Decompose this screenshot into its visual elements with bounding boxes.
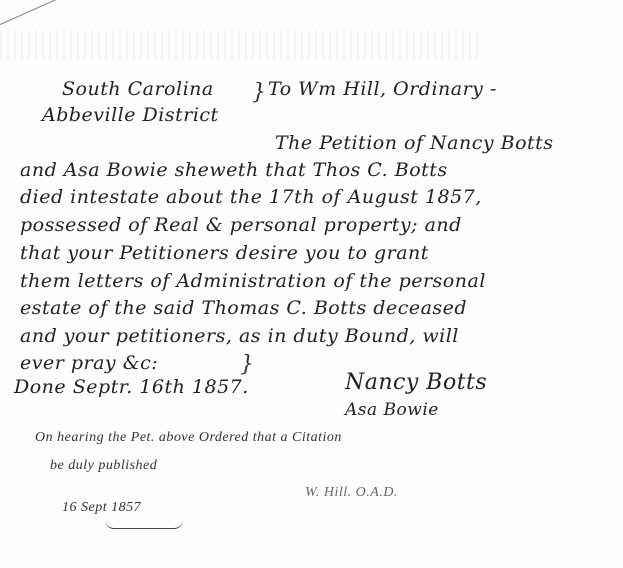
heading-addressee: To Wm Hill, Ordinary -	[268, 78, 497, 100]
body-line-1: The Petition of Nancy Botts	[275, 132, 554, 154]
body-line-9: ever pray &c:	[20, 352, 158, 374]
date-flourish	[105, 520, 183, 529]
order-date: 16 Sept 1857	[62, 500, 141, 516]
dated-brace: }	[240, 352, 254, 377]
document-page: South Carolina To Wm Hill, Ordinary - Ab…	[0, 0, 623, 568]
dated-line: Done Septr. 16th 1857.	[14, 376, 249, 398]
signature-asa-bowie: Asa Bowie	[345, 400, 439, 420]
body-line-2: and Asa Bowie sheweth that Thos C. Botts	[20, 159, 448, 181]
body-line-3: died intestate about the 17th of August …	[20, 186, 482, 208]
body-line-6: them letters of Administration of the pe…	[20, 270, 486, 292]
heading-state: South Carolina	[62, 78, 214, 100]
signature-nancy-botts: Nancy Botts	[345, 370, 487, 395]
order-line-2: be duly published	[50, 458, 157, 474]
body-line-8: and your petitioners, as in duty Bound, …	[20, 325, 459, 347]
body-line-4: possessed of Real & personal property; a…	[20, 214, 462, 236]
scan-artifact	[0, 30, 480, 60]
order-signed: W. Hill. O.A.D.	[305, 485, 398, 501]
order-line-1: On hearing the Pet. above Ordered that a…	[35, 430, 342, 446]
body-line-7: estate of the said Thomas C. Botts decea…	[20, 297, 467, 319]
scan-artifact-stroke	[0, 0, 57, 25]
body-line-5: that your Petitioners desire you to gran…	[20, 242, 429, 264]
heading-brace: }	[252, 80, 266, 105]
heading-district: Abbeville District	[42, 104, 219, 126]
